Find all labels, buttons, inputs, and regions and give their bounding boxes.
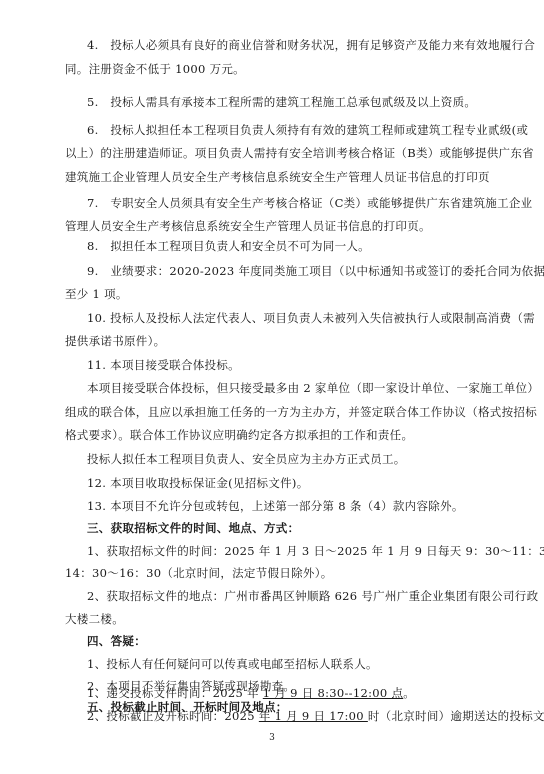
section-3-heading: 三、获取招标文件的时间、地点、方式：: [87, 521, 502, 535]
section-5-item-2: 2、投标截止及开标时间：2025 年 1 月 9 日 17:00 时（北京时间）…: [87, 709, 502, 723]
section-3-item-2-line-1: 2、获取招标文件的地点：广州市番禺区钟顺路 626 号广州广重企业集团有限公司行…: [87, 589, 502, 603]
clause-4-line-2: 同。注册资金不低于 1000 万元。: [65, 62, 480, 76]
section-4-heading: 四、答疑：: [87, 634, 502, 648]
section-3-item-1-line-2: 14：30～16：30（北京时间，法定节假日除外）。: [65, 566, 480, 580]
clause-8: 8. 拟担任本工程项目负责人和安全员不可为同一人。: [87, 239, 502, 253]
section-3-item-2-line-2: 大楼二楼。: [65, 612, 480, 626]
clause-6-line-2: 以上）的注册建造师证。项目负责人需持有安全培训考核合格证（B类）或能够提供广东省: [65, 146, 480, 160]
consortium-line-2: 组成的联合体，且应以承担施工任务的一方为主办方，并签定联合体工作协议（格式按招标: [65, 405, 480, 419]
clause-4-line-1: 4. 投标人必须具有良好的商业信誉和财务状况，拥有足够资产及能力来有效地履行合: [87, 38, 502, 52]
clause-7-line-2: 管理人员安全生产考核信息系统安全生产管理人员证书信息的打印页。: [65, 219, 480, 233]
document-page: 4. 投标人必须具有良好的商业信誉和财务状况，拥有足够资产及能力来有效地履行合 …: [0, 0, 544, 774]
clause-6-line-3: 建筑施工企业管理人员安全生产考核信息系统安全生产管理人员证书信息的打印页: [65, 170, 480, 184]
page-number: 3: [0, 733, 544, 743]
clause-6-line-1: 6. 投标人拟担任本工程项目负责人须持有有效的建筑工程师或建筑工程专业贰级(或: [87, 123, 502, 137]
clause-9-line-1: 9. 业绩要求：2020-2023 年度同类施工项目（以中标通知书或签订的委托合…: [87, 264, 502, 278]
clause-12: 12. 本项目收取投标保证金(见招标文件)。: [87, 476, 502, 490]
consortium-line-3: 格式要求）。联合体工作协议应明确约定各方拟承担的工作和责任。: [65, 428, 480, 442]
submit-time-suffix: 。: [403, 686, 415, 700]
clause-13: 13. 本项目不允许分包或转包，上述第一部分第 8 条（4）款内容除外。: [87, 499, 502, 513]
consortium-line-1: 本项目接受联合体投标，但只接受最多由 2 家单位（即一家设计单位、一家施工单位）: [87, 381, 502, 395]
clause-10-line-2: 提供承诺书原件）。: [65, 334, 480, 348]
clause-7-line-1: 7. 专职安全人员须具有安全生产考核合格证（C类）或能够提供广东省建筑施工企业: [87, 196, 502, 210]
deadline-suffix: 时（北京时间）逾期送达的投标文件: [368, 709, 544, 723]
clause-10-line-1: 10. 投标人及投标人法定代表人、项目负责人未被列入失信被执行人或限制高消费（需: [87, 311, 502, 325]
submit-time-prefix: 1、递交投标文件时间：2025 年: [87, 686, 263, 700]
section-4-item-1: 1、投标人有任何疑问可以传真或电邮至招标人联系人。: [87, 657, 502, 671]
section-3-item-1-line-1: 1、获取招标文件的时间：2025 年 1 月 3 日～2025 年 1 月 9 …: [87, 544, 502, 558]
clause-5: 5. 投标人需具有承接本工程所需的建筑工程施工总承包贰级及以上资质。: [87, 95, 502, 109]
clause-11: 11. 本项目接受联合体投标。: [87, 358, 502, 372]
submit-time-value: 1 月 9 日 8:30--12:00 点: [263, 686, 403, 700]
consortium-line-4: 投标人拟任本工程项目负责人、安全员应为主办方正式员工。: [87, 452, 502, 466]
deadline-value: 年 1 月 9 日 17:00: [259, 709, 368, 723]
deadline-prefix: 2、投标截止及开标时间：2025: [87, 709, 259, 723]
section-5-item-1: 1、递交投标文件时间：2025 年 1 月 9 日 8:30--12:00 点。: [87, 686, 502, 700]
clause-9-line-2: 至少 1 项。: [65, 287, 480, 301]
